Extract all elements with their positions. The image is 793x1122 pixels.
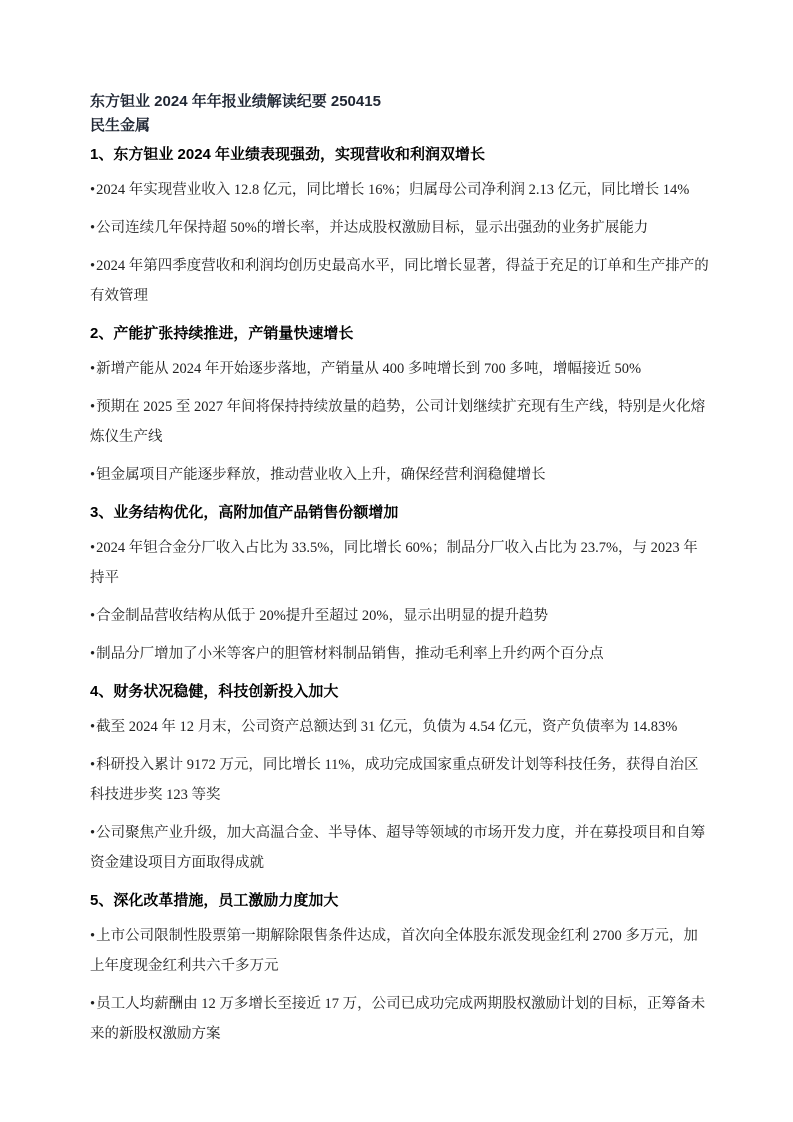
section-1-heading: 1、东方钽业 2024 年业绩表现强劲，实现营收和利润双增长 xyxy=(90,140,710,170)
section-3: 3、业务结构优化，高附加值产品销售份额增加 •2024 年钽合金分厂收入占比为 … xyxy=(90,498,710,669)
bullet-point: •截至 2024 年 12 月末，公司资产总额达到 31 亿元，负债为 4.54… xyxy=(90,712,710,742)
bullet-marker: • xyxy=(90,258,95,274)
bullet-text: 公司聚焦产业升级，加大高温合金、半导体、超导等领域的市场开发力度，并在募投项目和… xyxy=(90,825,705,871)
bullet-marker: • xyxy=(90,608,95,624)
bullet-marker: • xyxy=(90,928,95,944)
section-4: 4、财务状况稳健，科技创新投入加大 •截至 2024 年 12 月末，公司资产总… xyxy=(90,677,710,878)
bullet-text: 上市公司限制性股票第一期解除限售条件达成，首次向全体股东派发现金红利 2700 … xyxy=(90,928,698,974)
bullet-marker: • xyxy=(90,182,95,198)
bullet-text: 制品分厂增加了小米等客户的胆管材料制品销售，推动毛利率上升约两个百分点 xyxy=(96,646,604,662)
bullet-point: •合金制品营收结构从低于 20%提升至超过 20%，显示出明显的提升趋势 xyxy=(90,601,710,631)
bullet-marker: • xyxy=(90,467,95,483)
bullet-text: 2024 年实现营业收入 12.8 亿元，同比增长 16%；归属母公司净利润 2… xyxy=(96,182,689,198)
bullet-text: 合金制品营收结构从低于 20%提升至超过 20%，显示出明显的提升趋势 xyxy=(96,608,548,624)
bullet-marker: • xyxy=(90,757,95,773)
bullet-marker: • xyxy=(90,996,95,1012)
bullet-point: •预期在 2025 至 2027 年间将保持持续放量的趋势，公司计划继续扩充现有… xyxy=(90,392,710,452)
bullet-point: •制品分厂增加了小米等客户的胆管材料制品销售，推动毛利率上升约两个百分点 xyxy=(90,639,710,669)
bullet-text: 钽金属项目产能逐步释放，推动营业收入上升，确保经营利润稳健增长 xyxy=(96,467,546,483)
bullet-text: 预期在 2025 至 2027 年间将保持持续放量的趋势，公司计划继续扩充现有生… xyxy=(90,399,705,445)
section-2-heading: 2、产能扩张持续推进，产销量快速增长 xyxy=(90,319,710,349)
bullet-point: •公司聚焦产业升级，加大高温合金、半导体、超导等领域的市场开发力度，并在募投项目… xyxy=(90,818,710,878)
bullet-point: •2024 年第四季度营收和利润均创历史最高水平，同比增长显著，得益于充足的订单… xyxy=(90,251,710,311)
document-subtitle: 民生金属 xyxy=(90,114,710,138)
bullet-marker: • xyxy=(90,540,95,556)
bullet-text: 科研投入累计 9172 万元，同比增长 11%，成功完成国家重点研发计划等科技任… xyxy=(90,757,699,803)
section-1: 1、东方钽业 2024 年业绩表现强劲，实现营收和利润双增长 •2024 年实现… xyxy=(90,140,710,311)
section-5: 5、深化改革措施，员工激励力度加大 •上市公司限制性股票第一期解除限售条件达成，… xyxy=(90,886,710,1049)
bullet-text: 新增产能从 2024 年开始逐步落地，产销量从 400 多吨增长到 700 多吨… xyxy=(96,361,641,377)
bullet-point: •上市公司限制性股票第一期解除限售条件达成，首次向全体股东派发现金红利 2700… xyxy=(90,921,710,981)
section-5-heading: 5、深化改革措施，员工激励力度加大 xyxy=(90,886,710,916)
bullet-text: 2024 年钽合金分厂收入占比为 33.5%，同比增长 60%；制品分厂收入占比… xyxy=(90,540,698,586)
document-header: 东方钽业 2024 年年报业绩解读纪要 250415 民生金属 xyxy=(90,90,710,138)
bullet-marker: • xyxy=(90,646,95,662)
bullet-point: •钽金属项目产能逐步释放，推动营业收入上升，确保经营利润稳健增长 xyxy=(90,460,710,490)
bullet-text: 截至 2024 年 12 月末，公司资产总额达到 31 亿元，负债为 4.54 … xyxy=(96,719,677,735)
document-page: 东方钽业 2024 年年报业绩解读纪要 250415 民生金属 1、东方钽业 2… xyxy=(0,0,793,1122)
bullet-marker: • xyxy=(90,220,95,236)
bullet-point: •员工人均薪酬由 12 万多增长至接近 17 万，公司已成功完成两期股权激励计划… xyxy=(90,989,710,1049)
bullet-marker: • xyxy=(90,825,95,841)
bullet-text: 员工人均薪酬由 12 万多增长至接近 17 万，公司已成功完成两期股权激励计划的… xyxy=(90,996,705,1042)
section-4-heading: 4、财务状况稳健，科技创新投入加大 xyxy=(90,677,710,707)
bullet-text: 2024 年第四季度营收和利润均创历史最高水平，同比增长显著，得益于充足的订单和… xyxy=(90,258,709,304)
section-2: 2、产能扩张持续推进，产销量快速增长 •新增产能从 2024 年开始逐步落地，产… xyxy=(90,319,710,490)
bullet-marker: • xyxy=(90,719,95,735)
bullet-point: •2024 年钽合金分厂收入占比为 33.5%，同比增长 60%；制品分厂收入占… xyxy=(90,533,710,593)
document-title: 东方钽业 2024 年年报业绩解读纪要 250415 xyxy=(90,90,710,114)
section-3-heading: 3、业务结构优化，高附加值产品销售份额增加 xyxy=(90,498,710,528)
bullet-marker: • xyxy=(90,361,95,377)
bullet-point: •科研投入累计 9172 万元，同比增长 11%，成功完成国家重点研发计划等科技… xyxy=(90,750,710,810)
bullet-text: 公司连续几年保持超 50%的增长率，并达成股权激励目标，显示出强劲的业务扩展能力 xyxy=(96,220,648,236)
bullet-point: •公司连续几年保持超 50%的增长率，并达成股权激励目标，显示出强劲的业务扩展能… xyxy=(90,213,710,243)
bullet-marker: • xyxy=(90,399,95,415)
bullet-point: •新增产能从 2024 年开始逐步落地，产销量从 400 多吨增长到 700 多… xyxy=(90,354,710,384)
bullet-point: •2024 年实现营业收入 12.8 亿元，同比增长 16%；归属母公司净利润 … xyxy=(90,175,710,205)
